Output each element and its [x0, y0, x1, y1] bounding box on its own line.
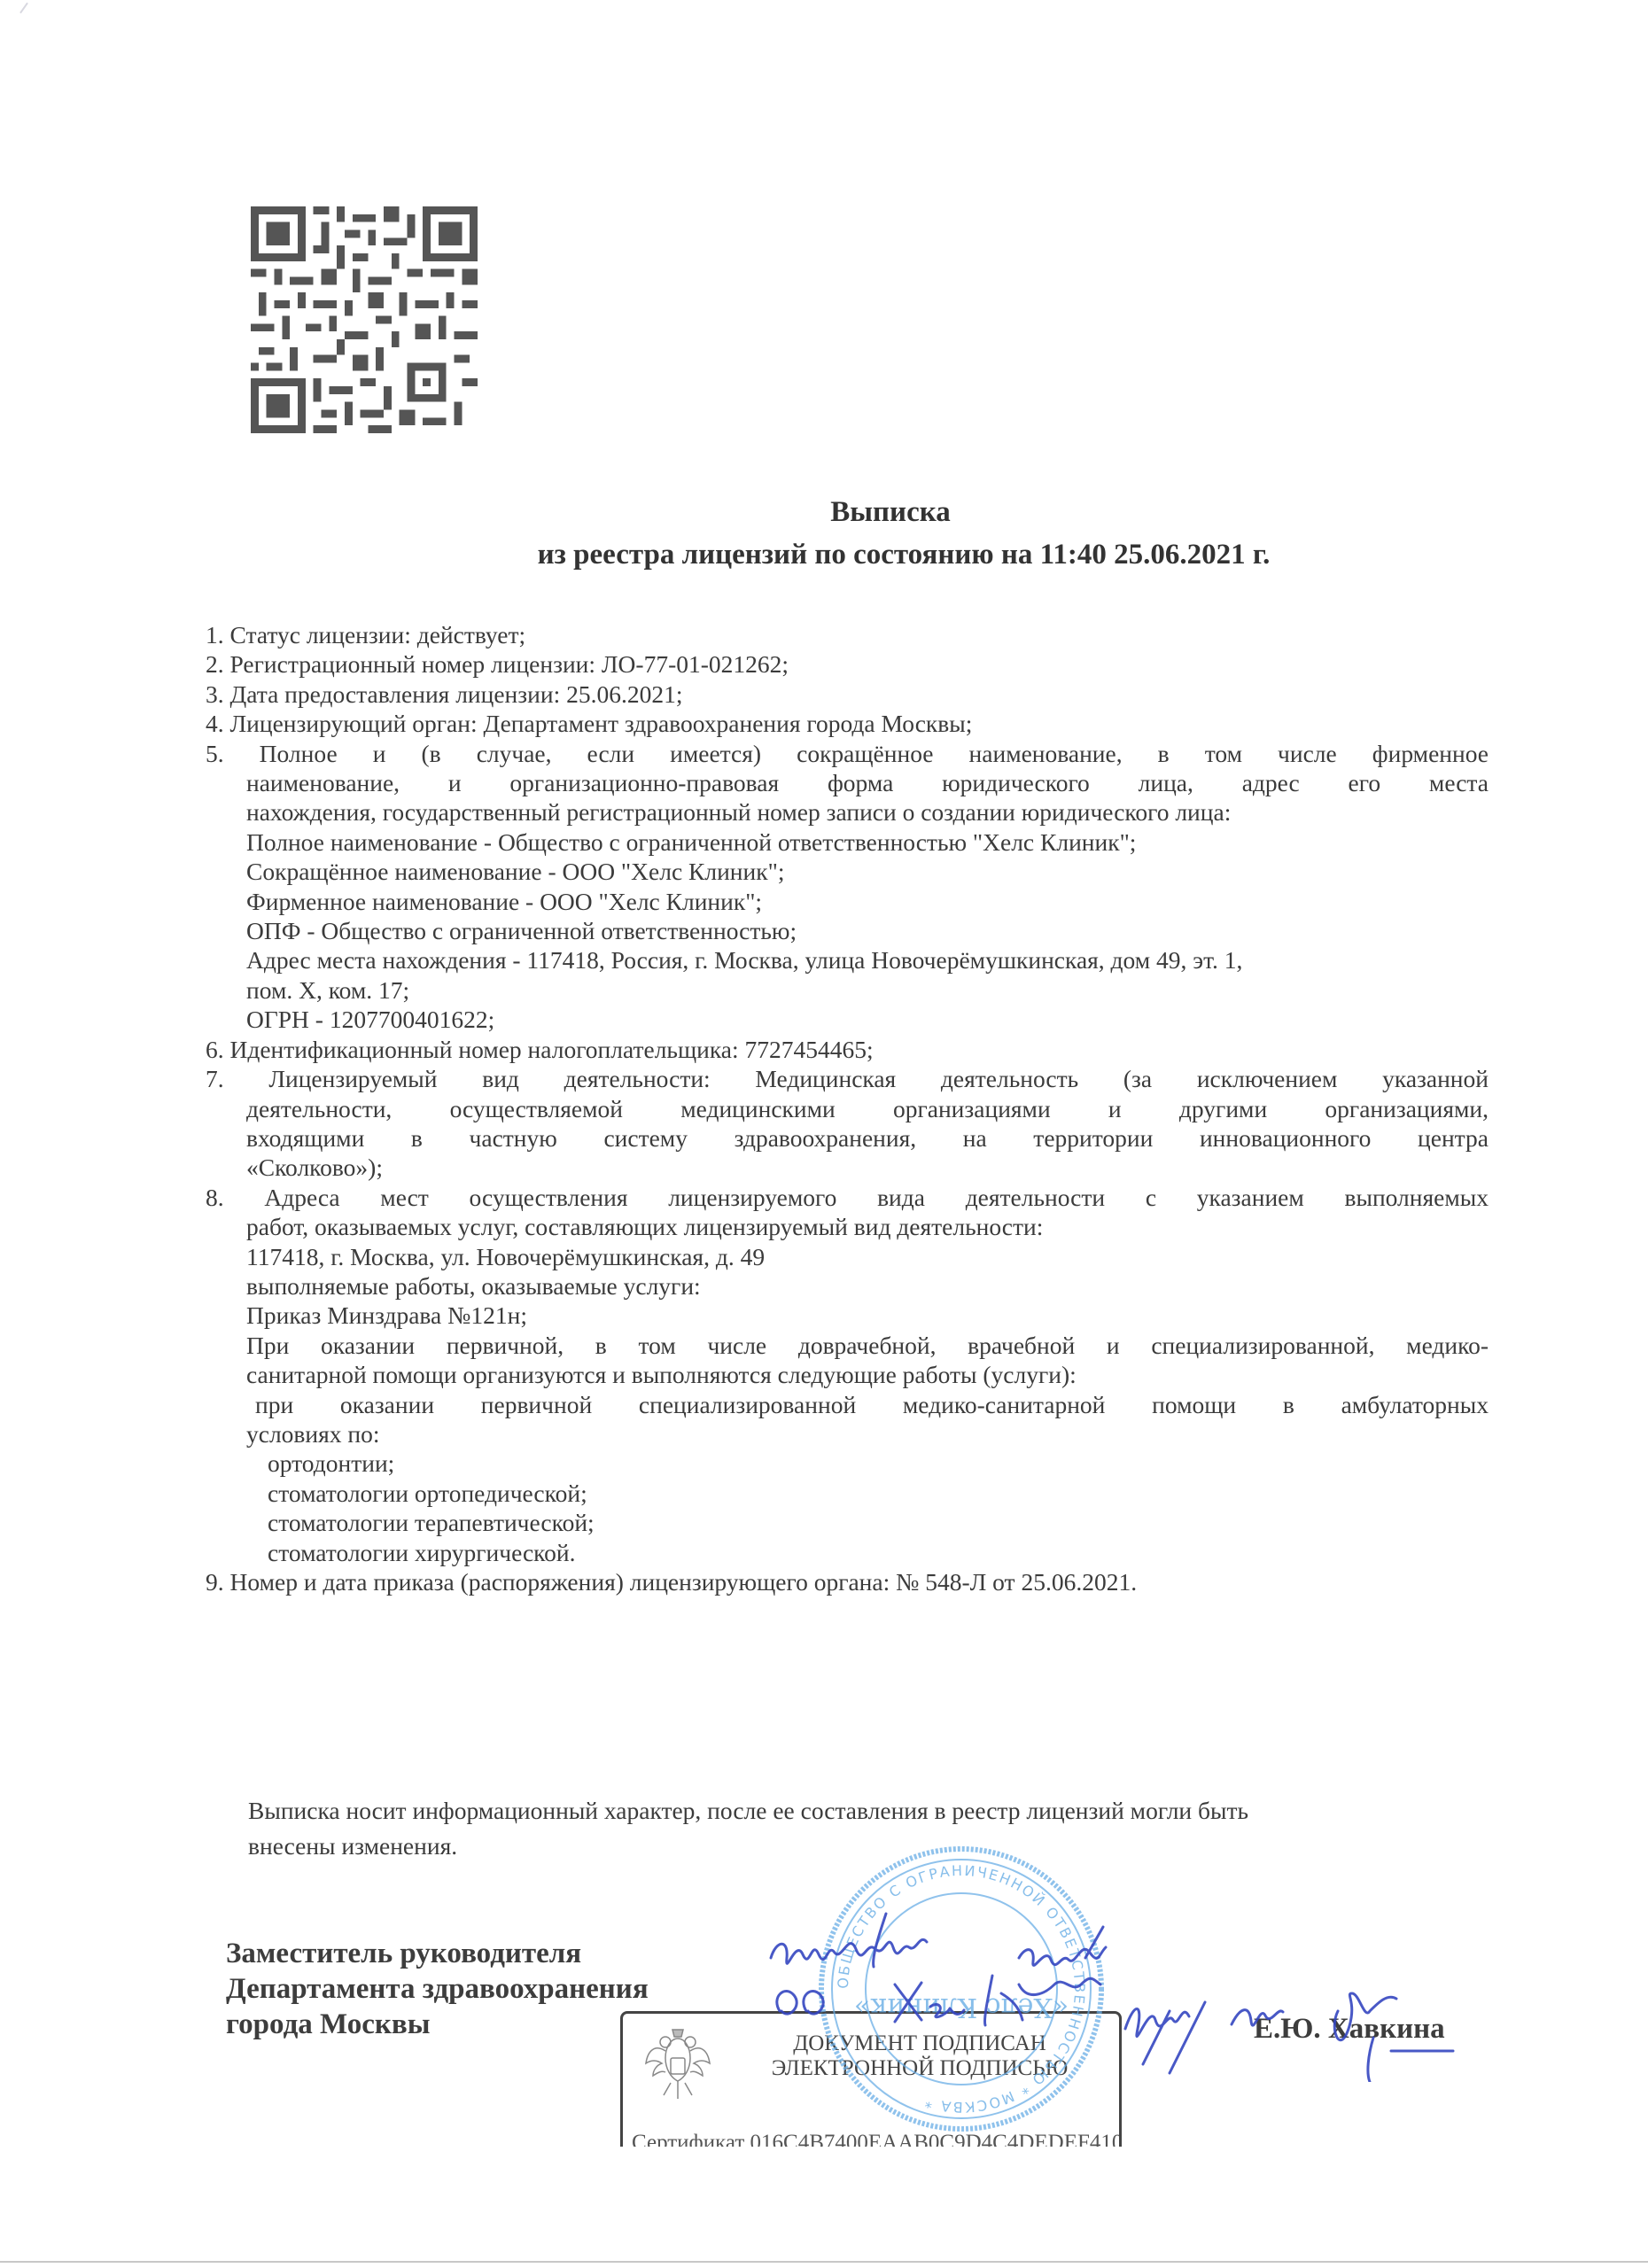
- service-item: стоматологии терапевтической;: [206, 1508, 1489, 1537]
- legal-address-line-2: пом. X, ком. 17;: [206, 975, 1489, 1005]
- activity-address: 117418, г. Москва, ул. Новочерёмушкинска…: [206, 1242, 1489, 1271]
- service-item: ортодонтии;: [206, 1449, 1489, 1478]
- service-item: стоматологии ортопедической;: [206, 1479, 1489, 1508]
- legal-address-line-1: Адрес места нахождения - 117418, Россия,…: [206, 945, 1489, 975]
- specialized-care-line-2: условиях по:: [206, 1419, 1489, 1449]
- item-8-line-1: 8. Адреса мест осуществления лицензируем…: [206, 1183, 1489, 1212]
- item-7-line-2: деятельности, осуществляемой медицинским…: [206, 1094, 1489, 1123]
- ministry-order: Приказ Минздрава №121н;: [206, 1301, 1489, 1330]
- note-line-1: Выписка носит информационный характер, п…: [248, 1793, 1489, 1829]
- qr-code-icon: [251, 206, 478, 433]
- specialized-care-line-1: при оказании первичной специализированно…: [206, 1390, 1489, 1419]
- service-item: стоматологии хирургической.: [206, 1538, 1489, 1567]
- document-body: 1. Статус лицензии: действует; 2. Регист…: [206, 620, 1489, 1596]
- document-title: Выписка: [66, 496, 1648, 529]
- full-name: Полное наименование - Общество с огранич…: [206, 827, 1489, 857]
- ogrn: ОГРН - 1207700401622;: [206, 1005, 1489, 1034]
- legal-form: ОПФ - Общество с ограниченной ответствен…: [206, 916, 1489, 945]
- item-7-line-4: «Сколково»);: [206, 1153, 1489, 1182]
- item-inn: 6. Идентификационный номер налогоплатель…: [206, 1035, 1489, 1064]
- primary-care-line-2: санитарной помощи организуются и выполня…: [206, 1360, 1489, 1389]
- brand-name: Фирменное наименование - ООО "Хелс Клини…: [206, 887, 1489, 916]
- item-order-number: 9. Номер и дата приказа (распоряжения) л…: [206, 1567, 1489, 1596]
- item-license-status: 1. Статус лицензии: действует;: [206, 620, 1489, 649]
- primary-care-line-1: При оказании первичной, в том числе довр…: [206, 1331, 1489, 1360]
- coat-of-arms-icon: [642, 2024, 713, 2109]
- works-label: выполняемые работы, оказываемые услуги:: [206, 1271, 1489, 1301]
- item-license-date: 3. Дата предоставления лицензии: 25.06.2…: [206, 680, 1489, 709]
- signer-title: Заместитель руководителя Департамента зд…: [226, 1936, 649, 2042]
- item-7-line-1: 7. Лицензируемый вид деятельности: Медиц…: [206, 1064, 1489, 1093]
- item-5-line-2: наименование, и организационно-правовая …: [206, 768, 1489, 797]
- signer-title-line-2: Департамента здравоохранения: [226, 1971, 649, 2007]
- page-bottom-edge: [0, 2261, 1648, 2263]
- item-8-line-2: работ, оказываемых услуг, составляющих л…: [206, 1212, 1489, 1241]
- handwritten-signature: [753, 1878, 1551, 2082]
- signer-title-line-1: Заместитель руководителя: [226, 1936, 649, 1971]
- qr-code: [251, 206, 478, 433]
- item-registration-number: 2. Регистрационный номер лицензии: ЛО-77…: [206, 649, 1489, 679]
- short-name: Сокращённое наименование - ООО "Хелс Кли…: [206, 857, 1489, 886]
- item-7-line-3: входящими в частную систему здравоохране…: [206, 1123, 1489, 1153]
- item-5-line-3: нахождения, государственный регистрацион…: [206, 797, 1489, 827]
- document-subtitle: из реестра лицензий по состоянию на 11:4…: [80, 539, 1648, 571]
- scan-mark: [19, 3, 28, 14]
- signer-title-line-3: города Москвы: [226, 2007, 649, 2042]
- item-5-line-1: 5. Полное и (в случае, если имеется) сок…: [206, 739, 1489, 768]
- item-licensing-authority: 4. Лицензирующий орган: Департамент здра…: [206, 709, 1489, 738]
